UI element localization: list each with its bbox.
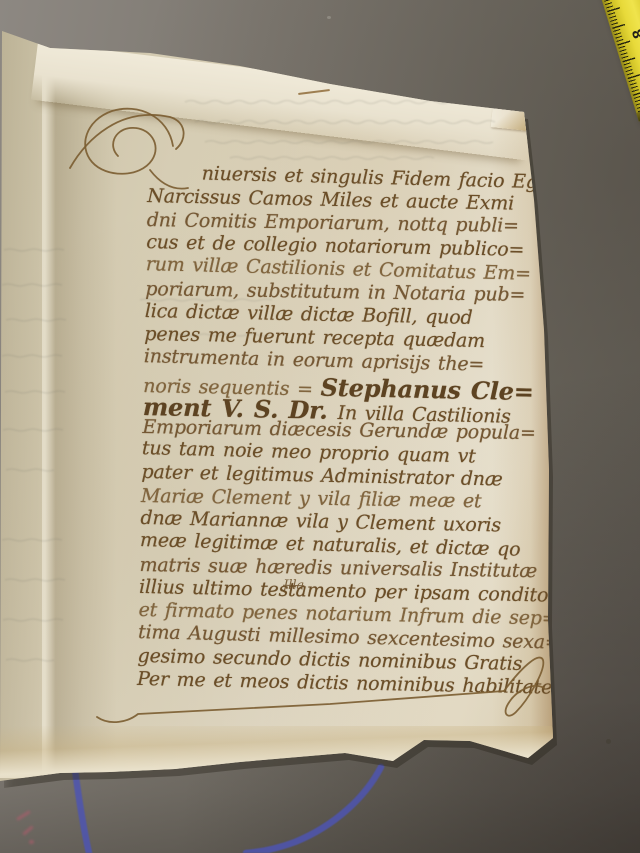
photograph: niuersis et singulis Fidem facio EgoNarc… xyxy=(0,0,640,853)
red-crayon-mark xyxy=(14,812,40,846)
dust-speck xyxy=(327,16,331,19)
ruler-number-8: 8 xyxy=(630,26,640,40)
dust-speck xyxy=(606,739,611,744)
